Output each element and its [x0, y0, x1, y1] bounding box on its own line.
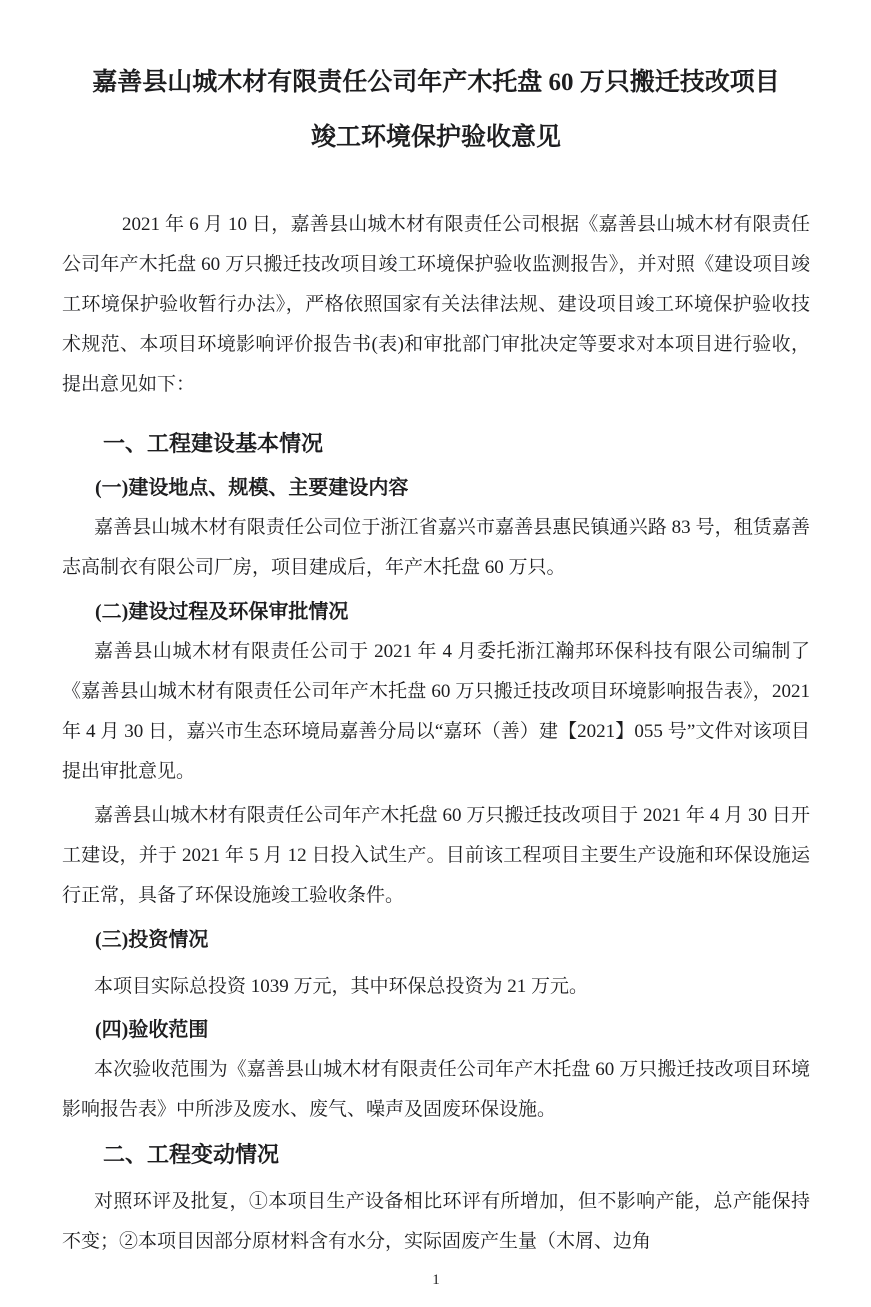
section-1-sub-2-heading: (二)建设过程及环保审批情况: [62, 592, 810, 632]
section-1-sub-1-heading: (一)建设地点、规模、主要建设内容: [62, 468, 810, 508]
section-1-sub-4-paragraph: 本次验收范围为《嘉善县山城木材有限责任公司年产木托盘 60 万只搬迁技改项目环境…: [62, 1050, 810, 1130]
title-line-2: 竣工环境保护验收意见: [62, 110, 810, 165]
intro-paragraph: 2021 年 6 月 10 日，嘉善县山城木材有限责任公司根据《嘉善县山城木材有…: [62, 205, 810, 405]
document-page: 嘉善县山城木材有限责任公司年产木托盘 60 万只搬迁技改项目 竣工环境保护验收意…: [0, 0, 871, 1307]
section-1-sub-4-heading: (四)验收范围: [62, 1010, 810, 1050]
section-1-sub-2-paragraph-1: 嘉善县山城木材有限责任公司于 2021 年 4 月委托浙江瀚邦环保科技有限公司编…: [62, 632, 810, 792]
section-1-heading: 一、工程建设基本情况: [62, 423, 810, 465]
section-1-sub-3-paragraph: 本项目实际总投资 1039 万元，其中环保总投资为 21 万元。: [62, 967, 810, 1007]
section-1-sub-3-heading: (三)投资情况: [62, 920, 810, 960]
section-2-paragraph: 对照环评及批复，①本项目生产设备相比环评有所增加，但不影响产能，总产能保持不变；…: [62, 1182, 810, 1262]
section-2-heading: 二、工程变动情况: [62, 1134, 810, 1176]
page-number: 1: [62, 1270, 810, 1290]
document-title: 嘉善县山城木材有限责任公司年产木托盘 60 万只搬迁技改项目 竣工环境保护验收意…: [62, 55, 810, 165]
title-line-1: 嘉善县山城木材有限责任公司年产木托盘 60 万只搬迁技改项目: [62, 55, 810, 110]
title-spacer: [62, 165, 810, 205]
section-1-sub-2-paragraph-2: 嘉善县山城木材有限责任公司年产木托盘 60 万只搬迁技改项目于 2021 年 4…: [62, 796, 810, 916]
section-1-sub-1-paragraph: 嘉善县山城木材有限责任公司位于浙江省嘉兴市嘉善县惠民镇通兴路 83 号，租赁嘉善…: [62, 508, 810, 588]
